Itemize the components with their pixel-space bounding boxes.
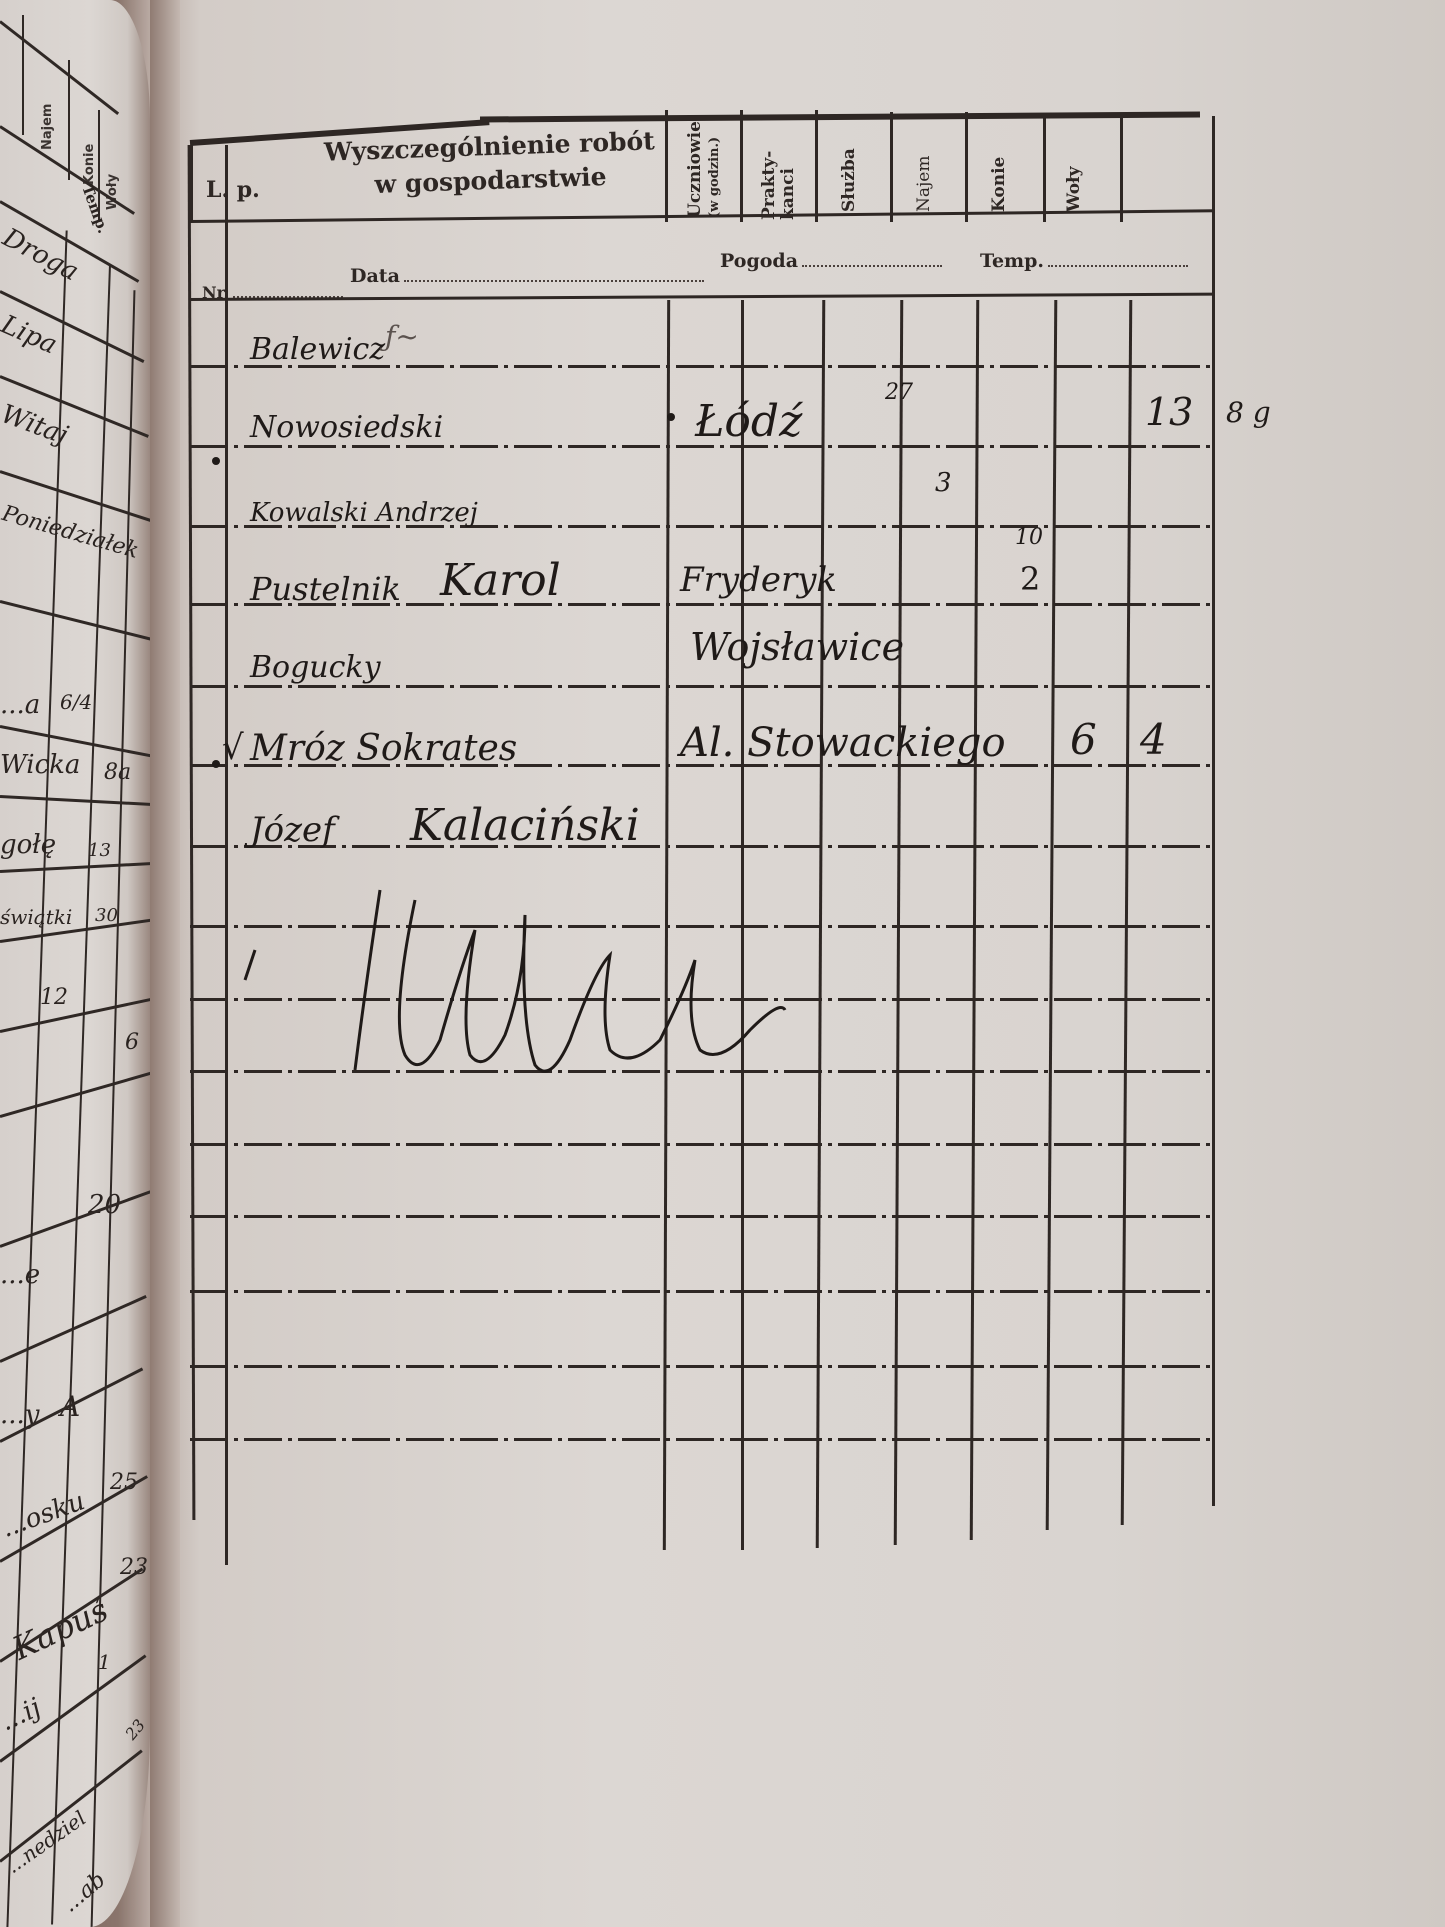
column-line [815,110,818,222]
facing-value: 1 [98,1650,111,1674]
entry-name: Kowalski Andrzej [250,498,478,528]
column-line [1046,300,1058,1530]
column-header-praktykanci: Prakty- kanci [760,151,798,220]
facing-value: 12 [40,985,68,1010]
left-border [188,145,196,1520]
facing-entry: gołę [0,830,56,860]
facing-rule [0,1071,150,1118]
temp-field: Temp. [980,250,1188,272]
meta-divider [190,293,1215,301]
column-line [894,300,904,1545]
weather-blank[interactable] [802,261,942,267]
column-line [665,110,668,222]
entry-name: Bogucky [250,650,381,685]
facing-column-line [68,60,70,180]
facing-entry: ...nedziel [1,1806,90,1878]
column-line [890,112,893,222]
temp-blank[interactable] [1048,261,1188,267]
entry-figure: 27 [885,380,913,405]
entry-figure: 3 [935,468,952,498]
entry-name: Mróz Sokrates [250,728,517,769]
entry-note: Wojsławice [690,625,904,669]
entry-value: 6 [1070,715,1097,764]
entry-note: ƒ~ [385,320,419,353]
facing-value: 8a [104,760,131,785]
entry-value: 2 [1020,560,1040,598]
book-gutter [150,0,180,1927]
date-field: Data [350,265,704,287]
facing-value: 23 [121,1716,149,1744]
entry-value: 4 [1140,715,1167,764]
column-line [1120,114,1123,222]
facing-entry: Droga [0,223,83,288]
work-log-form: L. p. Wyszczególnienie robót w gospodars… [190,100,1220,1660]
column-header-woly: Woły [1065,167,1084,212]
entry-name: Balewicz [250,332,385,367]
entry-value: 10 [1015,525,1043,550]
top-border [480,111,1200,122]
row-line [190,1215,1215,1218]
weather-field: Pogoda [720,250,942,272]
column-header-uczniowie: Uczniowie (w godzin.) [686,121,724,218]
check-mark: √ [222,728,244,768]
column-header-konie: Konie [990,157,1009,212]
facing-entry: ...ab [58,1867,111,1917]
row-line [190,1438,1215,1441]
facing-entry: świątki [0,905,72,929]
lp-column-line [190,145,193,220]
facing-page: Najem Konie Woły Temp. Droga Lipa Witaj … [0,0,150,1927]
column-line [1121,300,1133,1525]
entry-figure: 13 [1145,390,1193,434]
column-header-najem: Najem [915,156,934,212]
entry-name: Pustelnik [250,570,401,608]
facing-entry: Wicka [0,750,80,780]
row-line [190,1365,1215,1368]
marker-dot [212,457,220,465]
facing-rule [0,600,150,642]
right-border [1212,116,1215,1506]
date-blank[interactable] [404,276,704,282]
column-header-sluzba: Służba [840,148,859,212]
facing-rule [0,795,150,806]
column-line [970,300,979,1540]
facing-rule [0,997,150,1033]
facing-value: 6 [125,1030,139,1055]
entry-column-note: Fryderyk [680,560,837,600]
entry-note: Łódź [695,396,802,447]
row-line [190,685,1215,688]
entry-name: Nowosiedski [250,410,443,445]
row-line [190,1143,1215,1146]
lp-column-line [225,145,228,1565]
facing-column-line [22,15,24,135]
facing-value: 13 [88,840,111,861]
entry-note: Al. Stowackiego [680,720,1006,766]
date-label: Data [350,265,400,287]
column-line [965,112,968,222]
margin-note: 8 g [1226,396,1271,429]
column-line [816,300,826,1548]
column-line [740,110,743,222]
column-line [1043,114,1046,222]
weather-label: Pogoda [720,250,798,272]
entry-note: Kalaciński [410,800,640,851]
facing-column-line [51,265,111,1924]
temp-label: Temp. [980,250,1044,272]
marker-dot [212,760,220,768]
facing-rule [0,20,119,115]
facing-value: 6 [130,1880,147,1910]
row-line [190,845,1215,848]
facing-entry: ...e [0,1260,40,1290]
facing-entry: ...a [0,690,40,720]
entry-note: Karol [440,555,561,606]
entry-name: Józef [250,810,335,850]
signature [240,870,800,1110]
marker-dot [667,413,675,421]
facing-header-najem: Najem [40,104,55,150]
facing-rule [0,862,150,873]
facing-rule [0,1749,143,1862]
row-line [190,1290,1215,1293]
facing-value: 6/4 [60,690,92,714]
facing-rule [0,1568,143,1663]
